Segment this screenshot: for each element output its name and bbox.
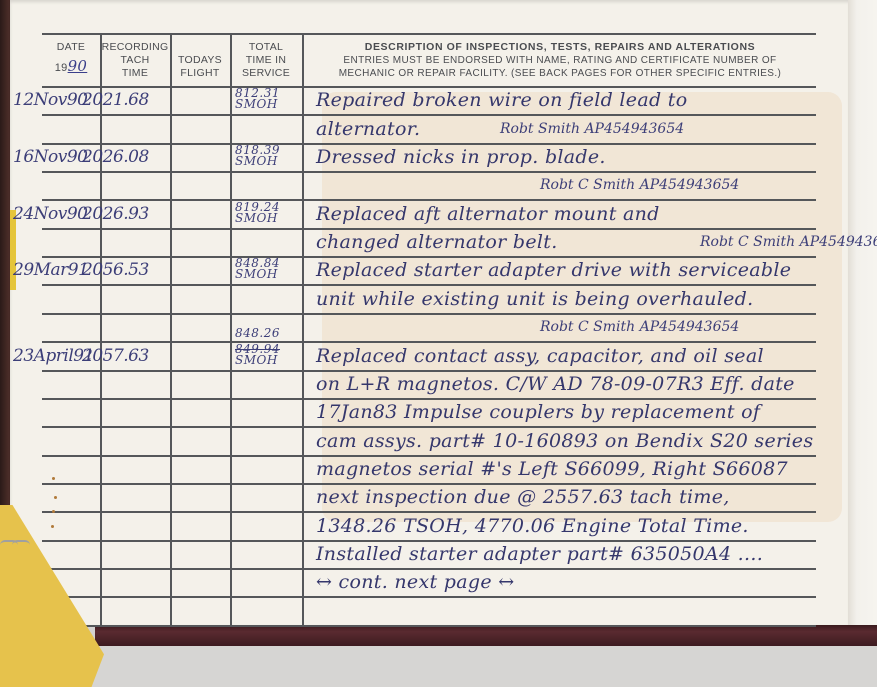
entry-description-line: 17Jan83 Impulse couplers by replacement … [316, 401, 760, 423]
column-divider [100, 33, 102, 626]
entry-description-line: unit while existing unit is being overha… [316, 288, 753, 310]
entry-description-line: changed alternator belt. [316, 231, 558, 253]
entry-description-line: Installed starter adapter part# 635050A4… [316, 543, 763, 565]
entry-date: 24Nov90 [13, 204, 87, 224]
ruled-line [42, 568, 816, 570]
ruled-line [42, 114, 816, 116]
ruled-line [42, 228, 816, 230]
entry-description-line: Replaced aft alternator mount and [316, 203, 660, 225]
entry-tach-time: 2021.68 [82, 90, 149, 110]
log-table: DATE 1990 RECORDING TACH TIME TODAYS FLI… [42, 33, 816, 593]
ruled-line [42, 313, 816, 315]
ruled-line [42, 426, 816, 428]
tab-text: The [0, 660, 2, 681]
entry-description-line: cam assys. part# 10-160893 on Bendix S20… [316, 430, 813, 452]
header-total-line3: SERVICE [230, 67, 302, 80]
header-date: DATE 1990 [42, 41, 100, 75]
ruled-line [42, 511, 816, 513]
ruled-line [42, 540, 816, 542]
entry-tach-time: 2056.53 [82, 260, 149, 280]
entry-description-line: Repaired broken wire on field lead to [316, 89, 687, 111]
ruled-line [42, 256, 816, 258]
entry-signature: Robt C Smith AP454943654 [540, 177, 739, 193]
ruled-line [42, 596, 816, 598]
header-recording-line2: TACH [100, 54, 170, 67]
header-recording-line3: TIME [100, 67, 170, 80]
header-date-label: DATE [42, 41, 100, 54]
header-year: 1990 [42, 60, 100, 75]
entry-signature: Robt Smith AP454943654 [500, 121, 684, 137]
header-description-title: DESCRIPTION OF INSPECTIONS, TESTS, REPAI… [304, 41, 816, 54]
ruled-line [42, 370, 816, 372]
entry-total-time: 819.24 SMOH [235, 202, 280, 224]
ruled-line [42, 398, 816, 400]
column-divider [170, 33, 172, 626]
ruled-line [42, 33, 816, 35]
entry-date: 29Mar91 [13, 260, 88, 280]
entry-signature: Robt C Smith AP454943654 [540, 319, 739, 335]
ruled-line [42, 199, 816, 201]
entry-total-time: 812.31 SMOH [235, 88, 280, 110]
header-total-time: TOTAL TIME IN SERVICE [230, 41, 302, 80]
ruled-line [42, 284, 816, 286]
entry-description-line: Dressed nicks in prop. blade. [316, 146, 606, 168]
ruled-line [42, 171, 816, 173]
header-total-line2: TIME IN [230, 54, 302, 67]
entry-signature: Robt C Smith AP454943654 [700, 234, 877, 250]
entry-tach-time: 2026.93 [82, 204, 149, 224]
entry-date: 12Nov90 [13, 90, 87, 110]
ruled-line [42, 455, 816, 457]
entry-description-line: next inspection due @ 2557.63 tach time, [316, 486, 730, 508]
rust-spot [52, 510, 55, 513]
entry-total-time-corrected: 848.26 [235, 328, 280, 339]
header-total-line1: TOTAL [230, 41, 302, 54]
entry-description-line: 1348.26 TSOH, 4770.06 Engine Total Time. [316, 515, 749, 537]
entry-description-line: Replaced contact assy, capacitor, and oi… [316, 345, 764, 367]
rust-spot [51, 525, 54, 528]
header-todays-line2: FLIGHT [170, 67, 230, 80]
entry-date: 16Nov90 [13, 147, 87, 167]
ruled-line [42, 86, 816, 88]
ruled-line [42, 341, 816, 343]
header-description: DESCRIPTION OF INSPECTIONS, TESTS, REPAI… [304, 41, 816, 80]
year-handwritten: 90 [68, 57, 88, 75]
staple [12, 540, 30, 545]
header-recording-tach-time: RECORDING TACH TIME [100, 41, 170, 80]
header-description-sub2: MECHANIC OR REPAIR FACILITY. (SEE BACK P… [304, 67, 816, 80]
entry-total-time: 848.84 SMOH [235, 258, 280, 280]
facing-page-edge [848, 0, 877, 625]
entry-description-line: Replaced starter adapter drive with serv… [316, 259, 791, 281]
header-todays-flight: TODAYS FLIGHT [170, 54, 230, 80]
background-surface [0, 646, 877, 687]
header-description-sub1: ENTRIES MUST BE ENDORSED WITH NAME, RATI… [304, 54, 816, 67]
rust-spot [52, 477, 55, 480]
ruled-line [42, 625, 816, 627]
entry-description-line: ↔ cont. next page ↔ [316, 571, 514, 593]
entry-tach-time: 2026.08 [82, 147, 149, 167]
header-todays-line1: TODAYS [170, 54, 230, 67]
entry-description-line: on L+R magnetos. C/W AD 78-09-07R3 Eff. … [316, 373, 795, 395]
entry-description-line: alternator. [316, 118, 420, 140]
ruled-line [42, 143, 816, 145]
ruled-line [42, 483, 816, 485]
entry-tach-time: 2057.63 [82, 346, 149, 366]
year-prefix: 19 [55, 62, 68, 74]
entry-description-line: magnetos serial #'s Left S66099, Right S… [316, 458, 788, 480]
entry-total-time: 849.94 SMOH [235, 344, 280, 366]
rust-spot [54, 496, 57, 499]
entry-total-time: 818.39 SMOH [235, 145, 280, 167]
header-recording-line1: RECORDING [100, 41, 170, 54]
column-divider [230, 33, 232, 626]
column-divider [302, 33, 304, 626]
